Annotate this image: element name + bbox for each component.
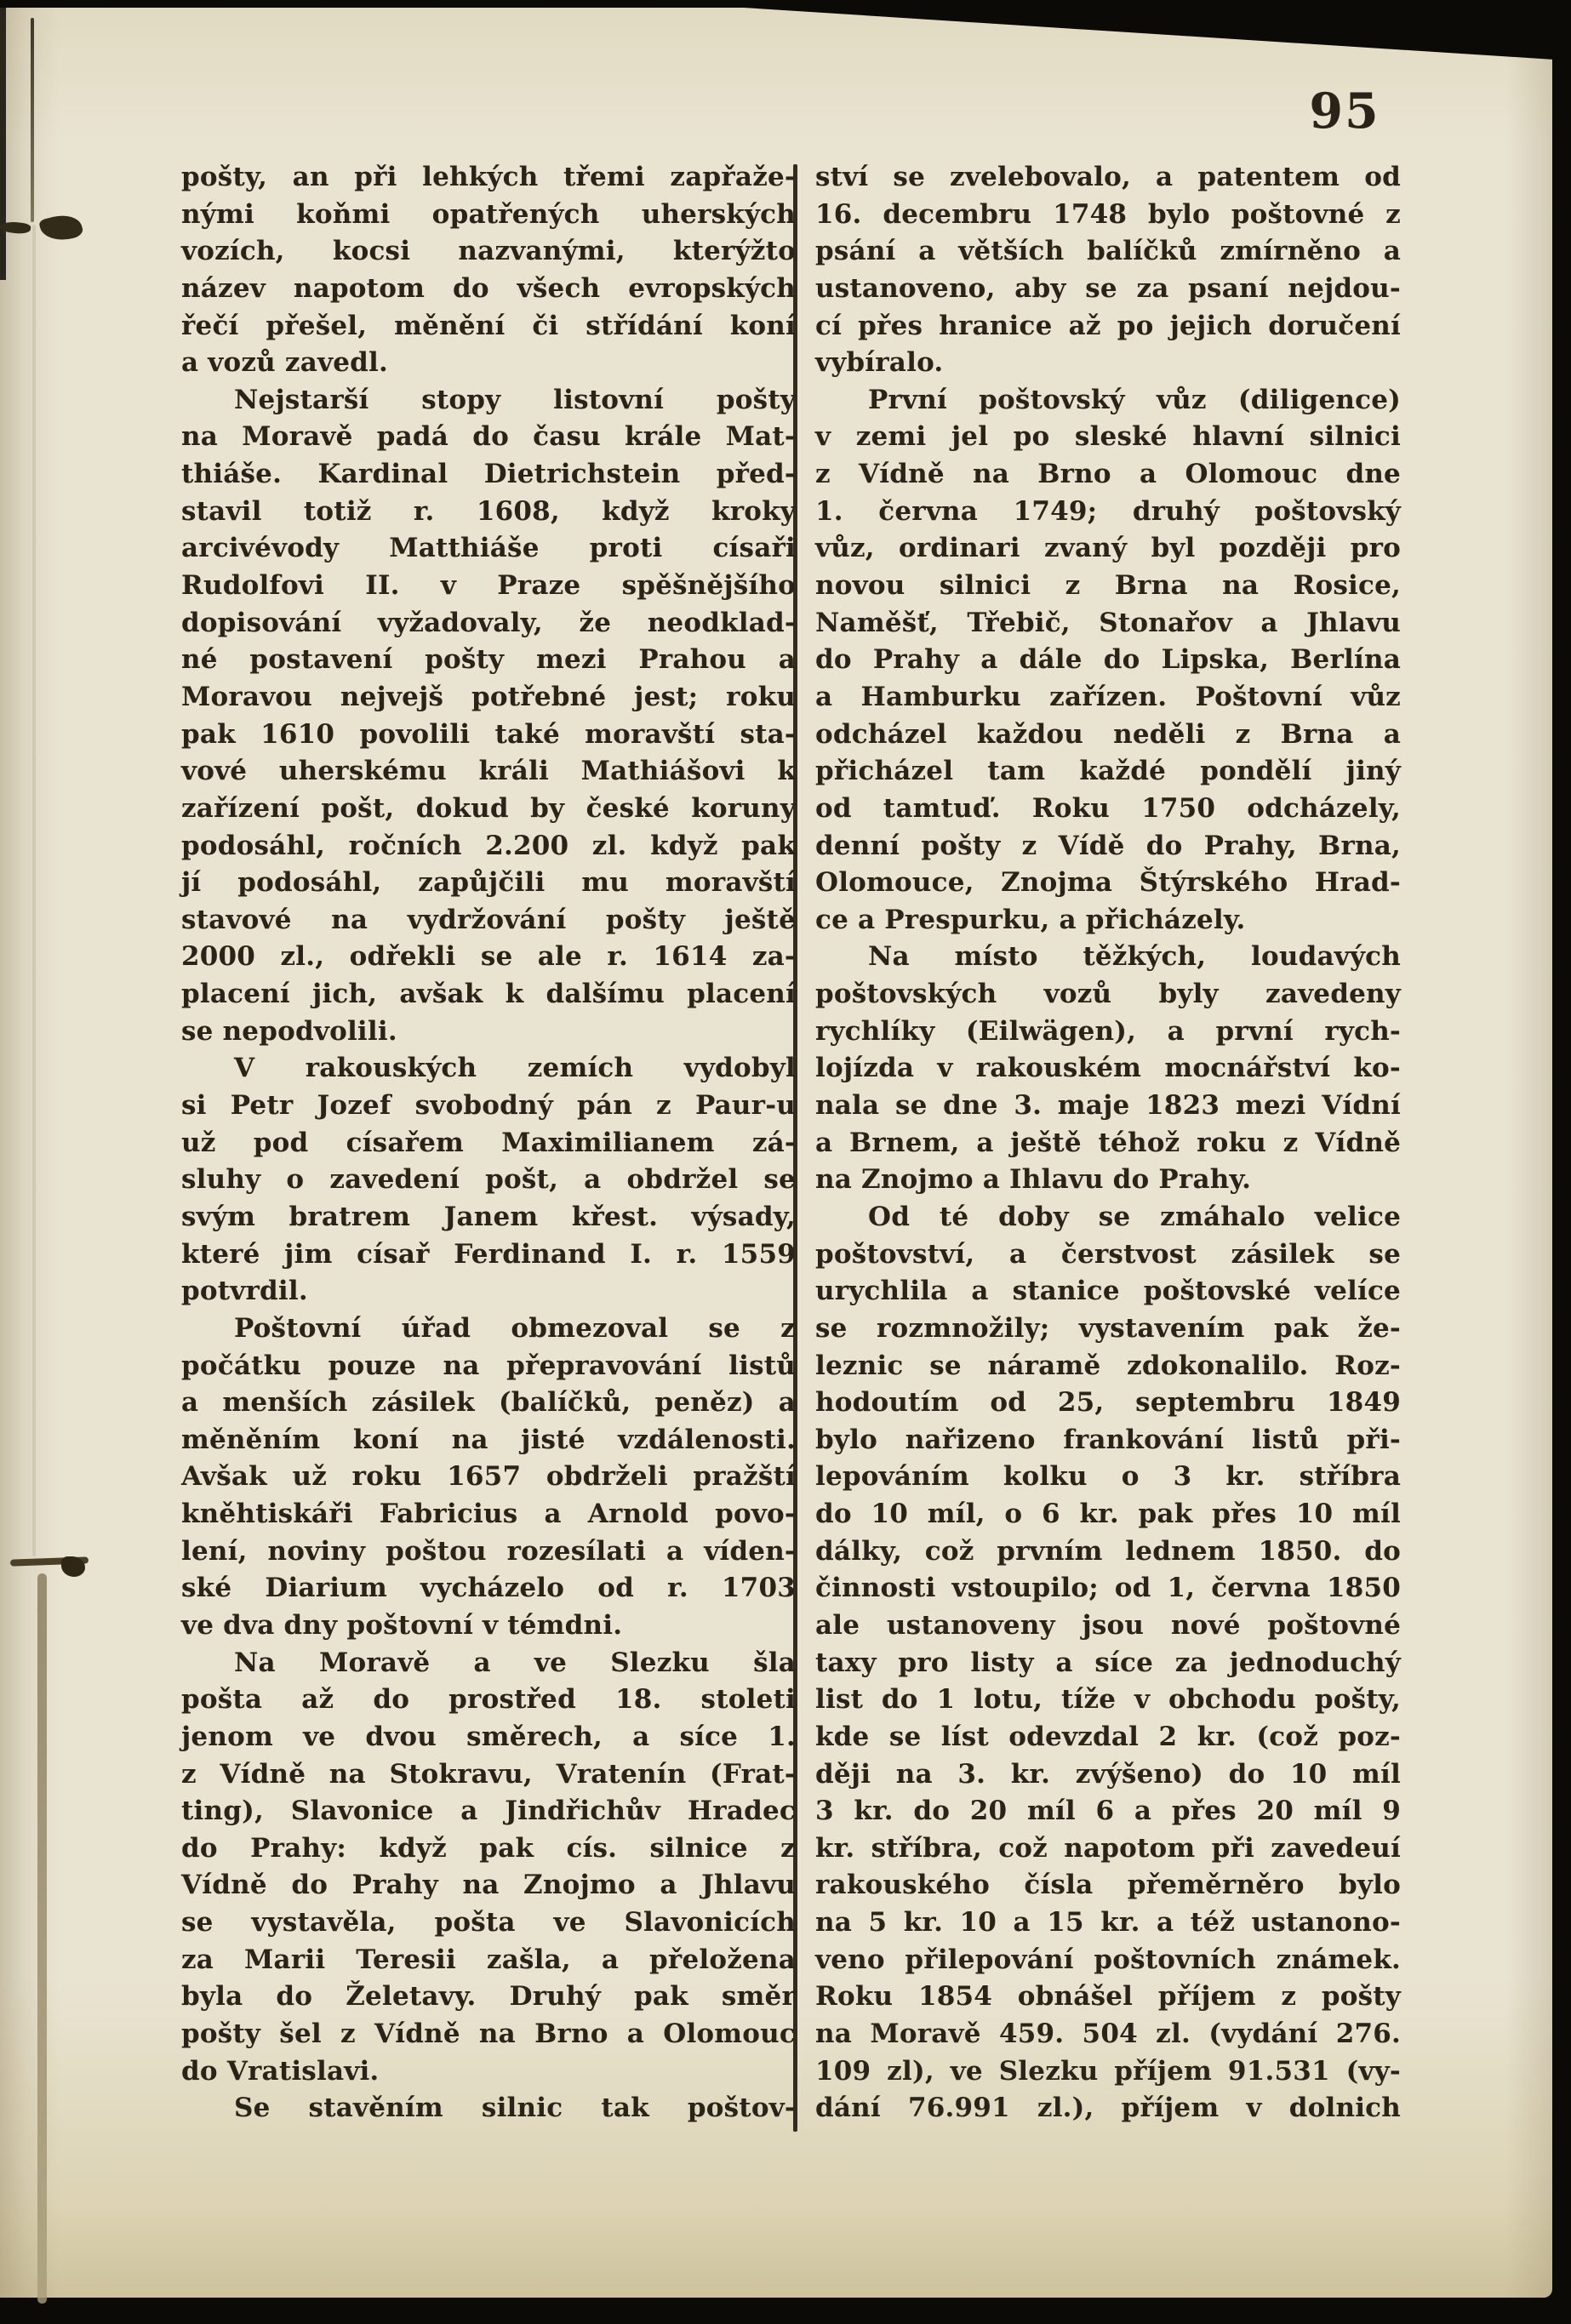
text-line: cí přes hranice až po jejich doručení <box>815 308 1401 345</box>
text-line: pošty, an při lehkých třemi zapřaže- <box>181 159 796 197</box>
text-line: jí podosáhl, zapůjčili mu moravští <box>181 865 796 902</box>
binding-stitch-top <box>38 211 84 246</box>
text-line: Vídně do Prahy na Znojmo a Jhlavu <box>181 1867 796 1904</box>
book-page: 95 pošty, an při lehkých třemi zapřaže-n… <box>0 8 1552 2298</box>
text-line: ději na 3. kr. zvýšeno) do 10 míl <box>815 1756 1401 1794</box>
binding-crease-top <box>31 18 34 222</box>
text-line: ve dva dny poštovní v témdni. <box>181 1607 796 1645</box>
text-line: né postavení pošty mezi Prahou a <box>181 642 796 679</box>
paragraph: Se stavěním silnic tak poštov- <box>181 2090 796 2127</box>
text-line: Nejstarší stopy listovní pošty <box>181 382 796 420</box>
text-line: měněním koní na jisté vzdálenosti. <box>181 1422 796 1459</box>
text-line: a menších zásilek (balíčků, peněz) a <box>181 1385 796 1422</box>
text-line: název napotom do všech evropských <box>181 271 796 308</box>
text-line: dálky, což prvním lednem 1850. do <box>815 1533 1401 1571</box>
text-line: dopisování vyžadovaly, že neodklad- <box>181 605 796 642</box>
text-line: ství se zvelebovalo, a patentem od <box>815 159 1401 197</box>
text-line: na Moravě padá do času krále Mat- <box>181 419 796 456</box>
text-line: na Moravě 459. 504 zl. (vydání 276. <box>815 2016 1401 2053</box>
text-line: lojízda v rakouském mocnářství ko- <box>815 1050 1401 1088</box>
text-line: Roku 1854 obnášel příjem z pošty <box>815 1979 1401 2016</box>
text-line: se rozmnožily; vystavením pak že- <box>815 1310 1401 1348</box>
text-line: do 10 míl, o 6 kr. pak přes 10 míl <box>815 1496 1401 1533</box>
text-line: kr. stříbra, což napotom při zavedeuí <box>815 1830 1401 1868</box>
column-right: ství se zvelebovalo, a patentem od16. de… <box>815 159 1401 2127</box>
text-line: urychlila a stanice poštovské velíce <box>815 1273 1401 1310</box>
text-line: Poštovní úřad obmezoval se z <box>181 1310 796 1348</box>
text-line: a Hamburku zařízen. Poštovní vůz <box>815 679 1401 717</box>
text-line: přicházel tam každé pondělí jiný <box>815 753 1401 791</box>
text-line: si Petr Jozef svobodný pán z Paur-u <box>181 1088 796 1125</box>
binding-crease-middle <box>32 225 36 1556</box>
text-line: poštovství, a čerstvost zásilek se <box>815 1236 1401 1274</box>
text-line: ale ustanoveny jsou nové poštovné <box>815 1607 1401 1645</box>
text-line: hodoutím od 25, septembru 1849 <box>815 1385 1401 1422</box>
text-line: se vystavěla, pošta ve Slavonicích <box>181 1904 796 1942</box>
text-line: stavil totiž r. 1608, když kroky <box>181 494 796 531</box>
text-line: vůz, ordinari zvaný byl později pro <box>815 530 1401 568</box>
text-line: arcivévody Matthiáše proti císaři <box>181 530 796 568</box>
text-line: nala se dne 3. maje 1823 mezi Vídní <box>815 1088 1401 1125</box>
text-line: vové uherskému králi Mathiášovi k <box>181 753 796 791</box>
left-edge-shadow <box>0 8 6 280</box>
text-line: dání 76.991 zl.), příjem v dolnich <box>815 2090 1401 2127</box>
text-line: Se stavěním silnic tak poštov- <box>181 2090 796 2127</box>
text-line: stavové na vydržování pošty ještě <box>181 902 796 939</box>
paragraph: První poštovský vůz (diligence)v zemi je… <box>815 382 1401 939</box>
text-line: jenom ve dvou směrech, a síce 1. <box>181 1719 796 1756</box>
text-line: bylo nařizeno frankování listů při- <box>815 1422 1401 1459</box>
text-line: kněhtiskáři Fabricius a Arnold povo- <box>181 1496 796 1533</box>
text-line: počátku pouze na přepravování listů <box>181 1348 796 1385</box>
text-line: 1. června 1749; druhý poštovský <box>815 494 1401 531</box>
text-line: list do 1 lotu, tíže v obchodu pošty, <box>815 1682 1401 1719</box>
text-line: 16. decembru 1748 bylo poštovné z <box>815 197 1401 234</box>
text-line: rychlíky (Eilwägen), a první rych- <box>815 1014 1401 1051</box>
text-line: na 5 kr. 10 a 15 kr. a též ustanono- <box>815 1904 1401 1942</box>
text-line: vozích, kocsi nazvanými, kterýžto <box>181 233 796 271</box>
text-line: 2000 zl., odřekli se ale r. 1614 za- <box>181 939 796 976</box>
text-line: činnosti vstoupilo; od 1, června 1850 <box>815 1570 1401 1607</box>
text-line: ustanoveno, aby se za psaní nejdou- <box>815 271 1401 308</box>
text-line: ting), Slavonice a Jindřichův Hradec <box>181 1793 796 1830</box>
text-line: denní pošty z Vídě do Prahy, Brna, <box>815 828 1401 865</box>
text-line: do Vratislavi. <box>181 2053 796 2091</box>
text-line: do Prahy a dále do Lipska, Berlína <box>815 642 1401 679</box>
paragraph: Poštovní úřad obmezoval se zpočátku pouz… <box>181 1310 796 1645</box>
text-line: poštovských vozů byly zavedeny <box>815 976 1401 1014</box>
paragraph: V rakouských zemích vydobylsi Petr Jozef… <box>181 1050 796 1310</box>
text-line: Moravou nejvejš potřebné jest; roku <box>181 679 796 717</box>
text-line: veno přilepování poštovních známek. <box>815 1942 1401 1979</box>
text-line: placení jich, avšak k dalšímu placení <box>181 976 796 1014</box>
text-line: leznic se náramě zdokonalilo. Roz- <box>815 1348 1401 1385</box>
text-line: za Marii Teresii zašla, a přeložena <box>181 1942 796 1979</box>
text-line: a Brnem, a ještě téhož roku z Vídně <box>815 1125 1401 1162</box>
text-line: které jim císař Ferdinand I. r. 1559 <box>181 1236 796 1274</box>
text-line: kde se líst odevzdal 2 kr. (což poz- <box>815 1719 1401 1756</box>
text-line: taxy pro listy a síce za jednoduchý <box>815 1645 1401 1682</box>
paragraph: ství se zvelebovalo, a patentem od16. de… <box>815 159 1401 382</box>
text-line: se nepodvolili. <box>181 1014 796 1051</box>
text-line: sluhy o zavedení pošt, a obdržel se <box>181 1162 796 1199</box>
text-line: z Vídně na Brno a Olomouc dne <box>815 456 1401 494</box>
paragraph: pošty, an při lehkých třemi zapřaže-nými… <box>181 159 796 382</box>
text-line: zařízení pošt, dokud by české koruny <box>181 791 796 828</box>
text-line: odcházel každou neděli z Brna a <box>815 717 1401 754</box>
text-line: podosáhl, ročních 2.200 zl. když pak <box>181 828 796 865</box>
text-line: novou silnici z Brna na Rosice, <box>815 568 1401 605</box>
text-line: 109 zl), ve Slezku příjem 91.531 (vy- <box>815 2053 1401 2091</box>
text-line: pošta až do prostřed 18. stoleti <box>181 1682 796 1719</box>
scan-background: { "page_number": "95", "colors": { "back… <box>0 0 1571 2324</box>
text-line: potvrdil. <box>181 1273 796 1310</box>
text-line: Olomouce, Znojma Štýrského Hrad- <box>815 865 1401 902</box>
text-line: vybíralo. <box>815 345 1401 382</box>
text-line: svým bratrem Janem křest. výsady, <box>181 1199 796 1236</box>
text-line: byla do Želetavy. Druhý pak směr <box>181 1979 796 2016</box>
text-line: ské Diarium vycházelo od r. 1703 <box>181 1570 796 1607</box>
paragraph: Na místo těžkých, loudavýchpoštovských v… <box>815 939 1401 1198</box>
page-number: 95 <box>1285 83 1404 140</box>
text-line: Na Moravě a ve Slezku šla <box>181 1645 796 1682</box>
paragraph: Od té doby se zmáhalo velicepoštovství, … <box>815 1199 1401 2127</box>
text-line: V rakouských zemích vydobyl <box>181 1050 796 1088</box>
text-line: Avšak už roku 1657 obdrželi pražští <box>181 1459 796 1496</box>
text-line: na Znojmo a Ihlavu do Prahy. <box>815 1162 1401 1199</box>
text-line: rakouského čísla přeměrněro bylo <box>815 1867 1401 1904</box>
text-line: Rudolfovi II. v Praze spěšnějšího <box>181 568 796 605</box>
text-line: do Prahy: když pak cís. silnice z <box>181 1830 796 1868</box>
text-line: První poštovský vůz (diligence) <box>815 382 1401 420</box>
text-line: v zemi jel po sleské hlavní silnici <box>815 419 1401 456</box>
text-line: ce a Prespurku, a přicházely. <box>815 902 1401 939</box>
text-line: už pod císařem Maximilianem zá- <box>181 1125 796 1162</box>
text-line: z Vídně na Stokravu, Vratenín (Frat- <box>181 1756 796 1794</box>
column-left: pošty, an při lehkých třemi zapřaže-nými… <box>181 159 796 2127</box>
text-line: pošty šel z Vídně na Brno a Olomouc <box>181 2016 796 2053</box>
text-line: lení, noviny poštou rozesílati a víden- <box>181 1533 796 1571</box>
text-line: od tamtuď. Roku 1750 odcházely, <box>815 791 1401 828</box>
text-line: a vozů zavedl. <box>181 345 796 382</box>
text-line: lepováním kolku o 3 kr. stříbra <box>815 1459 1401 1496</box>
text-line: Naměšť, Třebič, Stonařov a Jhlavu <box>815 605 1401 642</box>
binding-crease-bottom <box>37 1573 47 2304</box>
text-line: nými koňmi opatřených uherských <box>181 197 796 234</box>
text-line: řečí přešel, měnění či střídání koní <box>181 308 796 345</box>
text-line: 3 kr. do 20 míl 6 a přes 20 míl 9 <box>815 1793 1401 1830</box>
paragraph: Na Moravě a ve Slezku šlapošta až do pro… <box>181 1645 796 2091</box>
text-line: psání a větších balíčků zmírněno a <box>815 233 1401 271</box>
text-line: pak 1610 povolili také moravští sta- <box>181 717 796 754</box>
text-line: thiáše. Kardinal Dietrichstein před- <box>181 456 796 494</box>
text-line: Na místo těžkých, loudavých <box>815 939 1401 976</box>
text-line: Od té doby se zmáhalo velice <box>815 1199 1401 1236</box>
binding-stitch-bottom <box>61 1556 85 1577</box>
paragraph: Nejstarší stopy listovní poštyna Moravě … <box>181 382 796 1051</box>
